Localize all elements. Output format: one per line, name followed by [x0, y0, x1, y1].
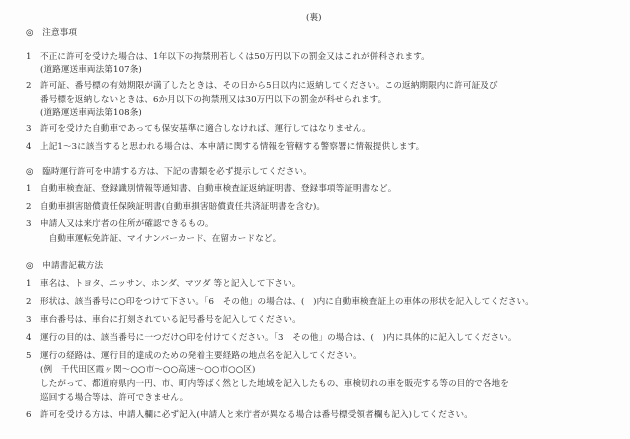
item-number: 3 [26, 315, 40, 326]
item-text: 番号標を返納しないときは、6か月以下の拘禁刑又は30万円以下の罰金が科せられます… [40, 95, 386, 106]
section-heading-required-docs: ◎ 臨時運行許可を申請する方は、下記の書類を必ず提示してください。 [26, 167, 312, 178]
item-number: 4 [26, 142, 40, 153]
item-number: 1 [26, 52, 40, 63]
item-text: 自動車損害賠償責任保険証明書(自動車損害賠償責任共済証明書を含む)。 [40, 202, 325, 212]
item-text: 許可証、番号標の有効期限が満了したときは、その日から5日以内に返納してください。… [40, 81, 498, 91]
item-text: 許可を受ける方は、申請人欄に必ず記入(申請人と来庁者が異なる場合は番号標受領者欄… [40, 410, 473, 420]
item-number: 4 [26, 333, 40, 344]
item-number: 5 [26, 351, 40, 362]
item-number: 1 [26, 184, 40, 195]
item-text: 車名は、トヨタ、ニッサン、ホンダ、マツダ 等と記入して下さい。 [40, 279, 300, 289]
section-heading-notes: ◎ 注意事項 [26, 28, 77, 39]
item-number: 6 [26, 410, 40, 421]
item-text: 不正に許可を受けた場合は、1年以下の拘禁刑若しくは50万円以下の罰金又はこれが併… [40, 52, 430, 62]
item-text: 運行の経路は、運行目的達成のための発着主要経路の地点名を記入してください。 [40, 351, 362, 361]
item-text: 自動車検査証、登録識別情報等通知書、自動車検査証返納証明書、登録事項等証明書など… [40, 184, 396, 194]
item-number: 3 [26, 124, 40, 135]
item-text: 自動車運転免許証、マイナンバーカード、在留カードなど。 [40, 234, 281, 245]
item-text: 運行の目的は、該当番号に一つだけ○印を付けてください。「3 その他」の場合は、(… [40, 333, 517, 343]
item-number: 2 [26, 81, 40, 92]
item-text: (道路運送車両法第108条) [40, 108, 142, 119]
item-number: 2 [26, 297, 40, 308]
item-text: (例 千代田区霞ヶ関～○○市～○○高速～○○市○○区) [40, 365, 256, 376]
item-text: 巡回する場合等は、許可できません。 [40, 393, 188, 404]
item-text: 申請人又は来庁者の住所が確認できるもの。 [40, 219, 214, 229]
item-text: したがって、都道府県内一円、市、町内等ばく然とした地域を記入したもの、車検切れの… [40, 379, 509, 390]
item-number: 2 [26, 202, 40, 213]
item-number: 3 [26, 219, 40, 230]
item-text: 形状は、該当番号に○印をつけて下さい。「6 その他」の場合は、( )内に自動車検… [40, 297, 534, 307]
page-marker: (裏) [306, 13, 322, 24]
section-heading-how-to-fill: ◎ 申請書記載方法 [26, 261, 103, 272]
item-text: (道路運送車両法第107条) [40, 65, 142, 76]
item-text: 上記1～3に該当すると思われる場合は、本申請に関する情報を管轄する警察署に情報提… [40, 142, 424, 152]
item-number: 1 [26, 279, 40, 290]
item-text: 許可を受けた自動車であっても保安基準に適合しなければ、運行してはなりません。 [40, 124, 371, 134]
item-text: 車台番号は、車台に打刻されている記号番号を記入してください。 [40, 315, 301, 325]
